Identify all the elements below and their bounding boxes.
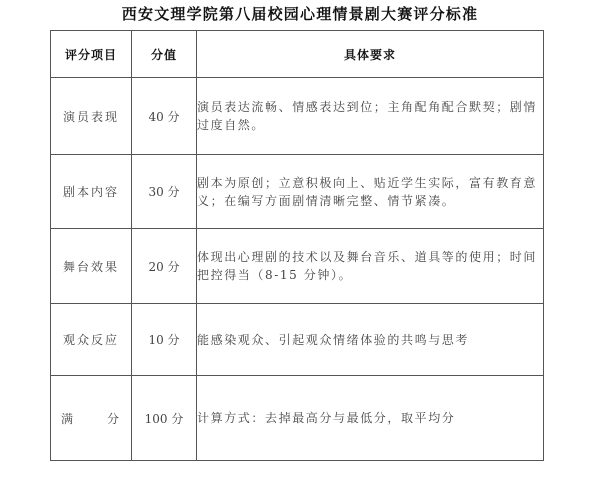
row-requirements: 能感染观众、引起观众情绪体验的共鸣与思考 [197,304,544,376]
table-row-total: 满 分 100 分 计算方式：去掉最高分与最低分，取平均分 [51,376,544,461]
row-requirements: 体现出心理剧的技术以及舞台音乐、道具等的使用；时间把控得当（8-15 分钟）。 [197,229,544,304]
table-row: 演员表现 40 分 演员表达流畅、情感表达到位；主角配角配合默契；剧情过度自然。 [51,78,544,155]
row-requirements: 剧本为原创；立意积极向上、贴近学生实际，富有教育意义；在编写方面剧情清晰完整、情… [197,155,544,229]
table-header-row: 评分项目 分值 具体要求 [51,31,544,78]
row-requirements: 演员表达流畅、情感表达到位；主角配角配合默契；剧情过度自然。 [197,78,544,155]
header-item: 评分项目 [51,31,132,78]
row-item: 满 分 [51,376,132,461]
row-score: 30 分 [132,155,197,229]
row-item: 舞台效果 [51,229,132,304]
table-row: 剧本内容 30 分 剧本为原创；立意积极向上、贴近学生实际，富有教育意义；在编写… [51,155,544,229]
row-score: 20 分 [132,229,197,304]
row-requirements: 计算方式：去掉最高分与最低分，取平均分 [197,376,544,461]
row-score: 40 分 [132,78,197,155]
row-score: 100 分 [132,376,197,461]
row-item: 观众反应 [51,304,132,376]
scoring-criteria-table: 评分项目 分值 具体要求 演员表现 40 分 演员表达流畅、情感表达到位；主角配… [50,30,544,461]
table-row: 舞台效果 20 分 体现出心理剧的技术以及舞台音乐、道具等的使用；时间把控得当（… [51,229,544,304]
header-requirements: 具体要求 [197,31,544,78]
header-score: 分值 [132,31,197,78]
row-score: 10 分 [132,304,197,376]
row-item: 演员表现 [51,78,132,155]
document-title: 西安文理学院第八届校园心理情景剧大赛评分标准 [0,4,600,24]
table-row: 观众反应 10 分 能感染观众、引起观众情绪体验的共鸣与思考 [51,304,544,376]
row-item: 剧本内容 [51,155,132,229]
